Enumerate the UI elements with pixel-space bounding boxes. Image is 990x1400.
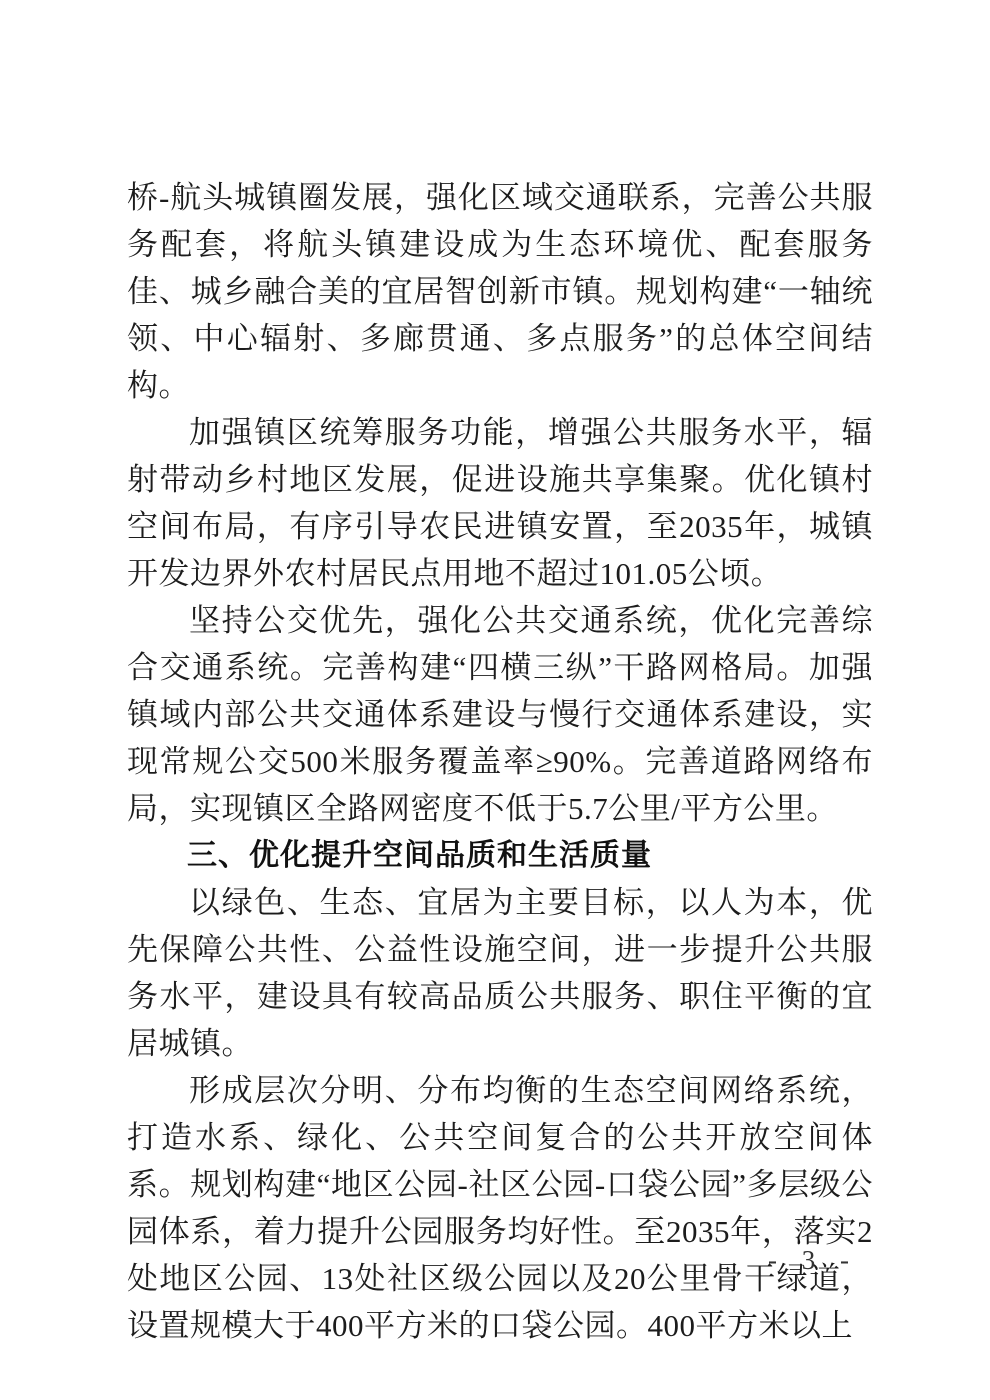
paragraph-cutoff: 形成层次分明、分布均衡的生态空间网络系统，打造水系、绿化、公共空间复合的公共开放…: [127, 1067, 873, 1349]
document-page: 桥-航头城镇圈发展，强化区域交通联系，完善公共服务配套，将航头镇建设成为生态环境…: [0, 0, 990, 1400]
section-heading: 三、优化提升空间品质和生活质量: [127, 832, 873, 879]
paragraph: 加强镇区统筹服务功能，增强公共服务水平，辐射带动乡村地区发展，促进设施共享集聚。…: [127, 409, 873, 597]
document-body: 桥-航头城镇圈发展，强化区域交通联系，完善公共服务配套，将航头镇建设成为生态环境…: [127, 174, 873, 1349]
paragraph: 以绿色、生态、宜居为主要目标，以人为本，优先保障公共性、公益性设施空间，进一步提…: [127, 879, 873, 1067]
page-number: - 3 -: [768, 1243, 858, 1277]
paragraph-continued: 桥-航头城镇圈发展，强化区域交通联系，完善公共服务配套，将航头镇建设成为生态环境…: [127, 174, 873, 409]
paragraph: 坚持公交优先，强化公共交通系统，优化完善综合交通系统。完善构建“四横三纵”干路网…: [127, 597, 873, 832]
